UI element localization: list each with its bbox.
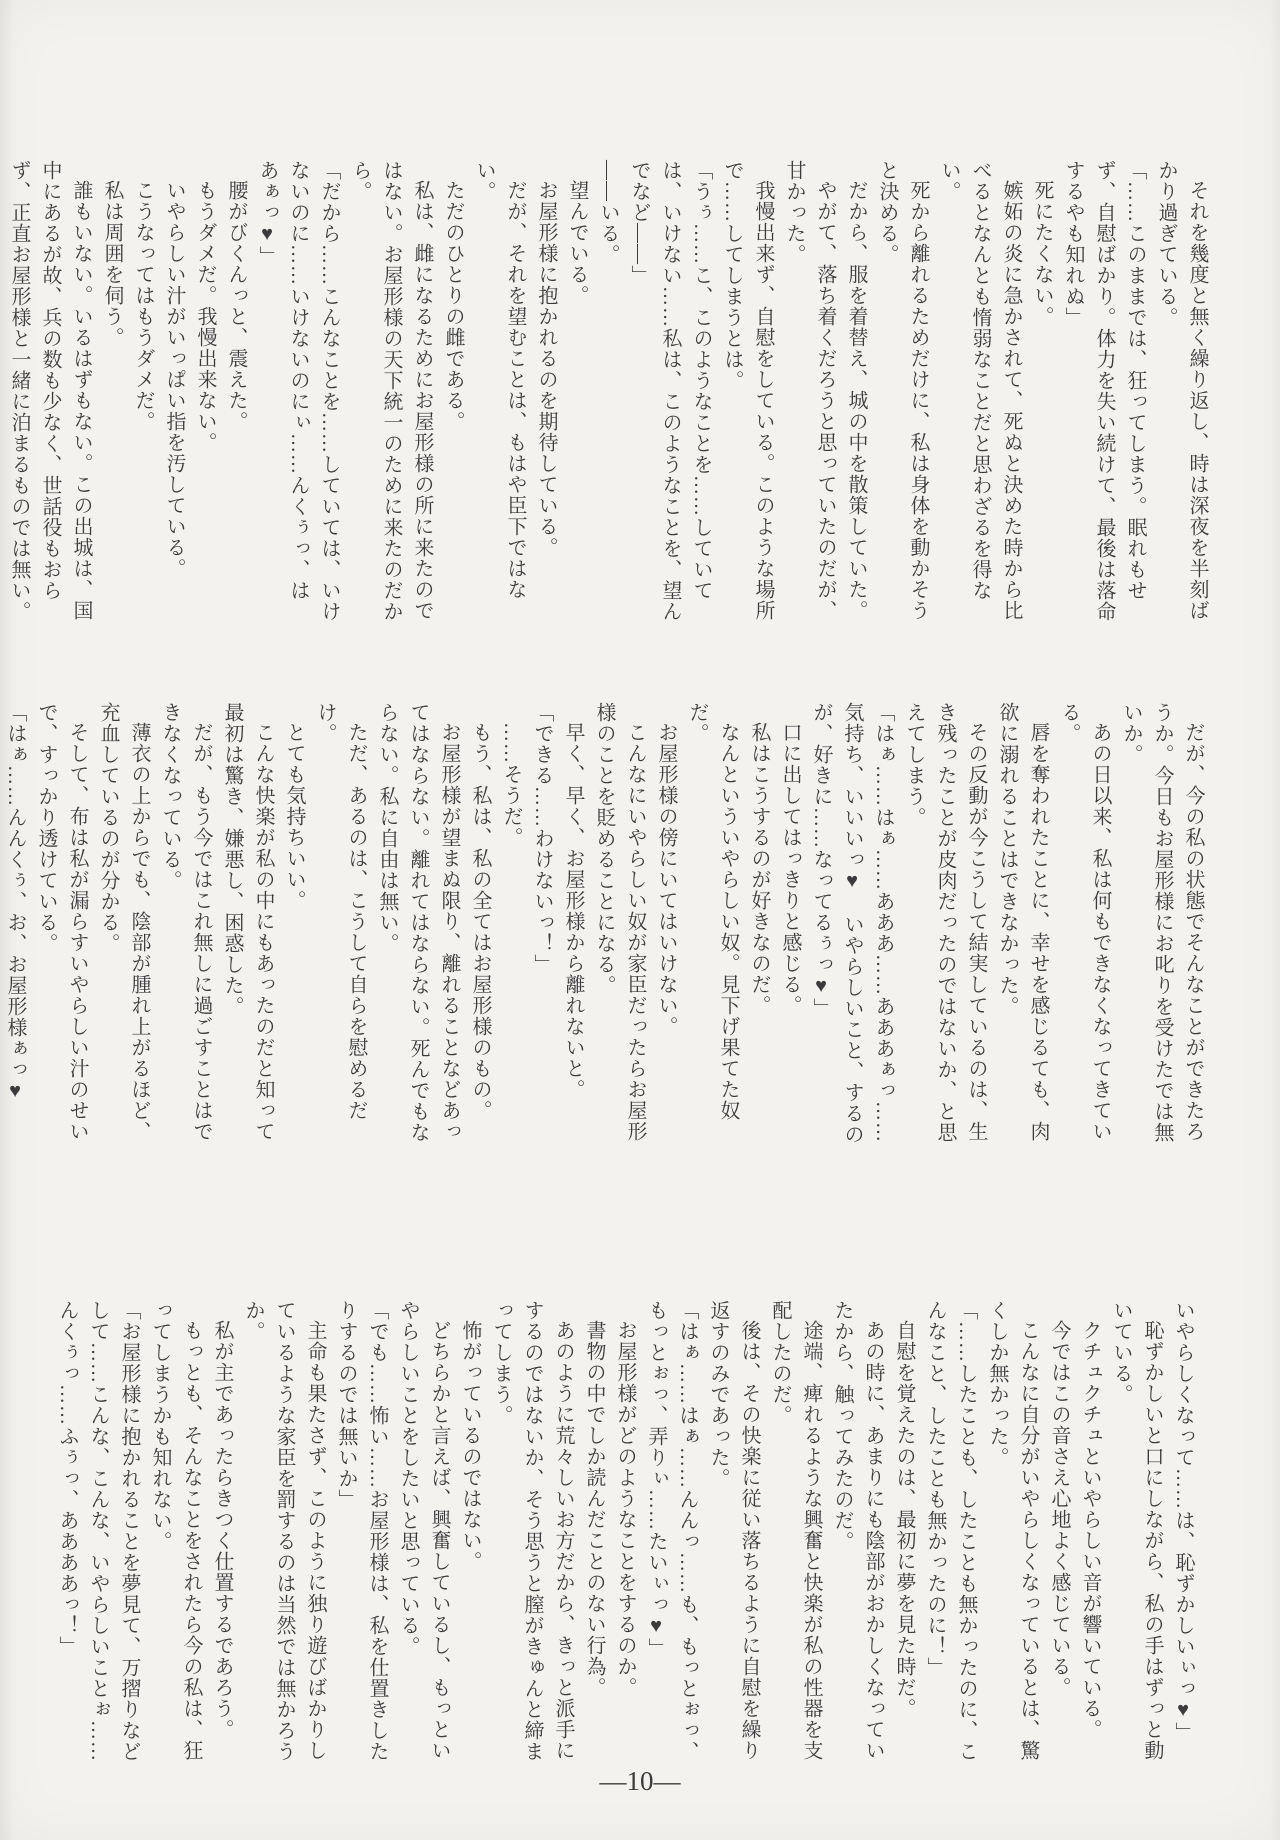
- paragraph: 「はぁ……んんくぅ、お、お屋形様ぁっ♥: [0, 702, 30, 1162]
- paragraph: 今ではこの音さえ心地よく感じている。: [1043, 1300, 1074, 1766]
- page-number: ―10―: [600, 1766, 681, 1797]
- paragraph: 「お屋形様に抱かれることを夢見て、万摺りなどして……こんな、こんな、いやらしいこ…: [51, 1300, 144, 1766]
- paragraph: ただのひとりの雌である。: [437, 160, 468, 628]
- paragraph: 死から離れるためだけに、私は身体を動かそうと決める。: [871, 160, 933, 628]
- paragraph: とても気持ちいい。: [278, 702, 309, 1162]
- paragraph: 口に出してはっきりと感じる。: [774, 702, 805, 1162]
- paragraph: もうダメだ。我慢出来ない。: [189, 160, 220, 628]
- paragraph: こんな快楽が私の中にもあったのだと知って最初は驚き、嫌悪し、困惑した。: [216, 702, 278, 1162]
- paragraph: どちらかと言えば、興奮しているし、もっといやらしいことをしたいと思っている。: [392, 1300, 454, 1766]
- paragraph: 誰もいない。いるはずもない。この出城は、国中にあるが故、兵の数も少なく、世話役も…: [3, 160, 96, 628]
- paragraph: 主命も果たさず、このように独り遊びばかりしているような家臣を罰するのは当然では無…: [237, 1300, 330, 1766]
- paragraph: お屋形様が望まぬ限り、離れることなどあってはならない。離れてはならない。死んでも…: [371, 702, 464, 1162]
- paragraph: もし、ここに泊まると分かっていれば、私が色々用意することもできただろうに。: [0, 160, 3, 628]
- paragraph: だから、服を着替え、城の中を散策していた。: [840, 160, 871, 628]
- paragraph: 薄衣の上からでも、陰部が腫れ上がるほど、充血しているのが分かる。: [92, 702, 154, 1162]
- paragraph: クチュクチュといやらしい音が響いている。: [1074, 1300, 1105, 1766]
- paragraph: 自慰を覚えたのは、最初に夢を見た時だ。: [888, 1300, 919, 1766]
- paragraph: あの日以来、私は何もできなくなってきている。: [1053, 702, 1115, 1162]
- paragraph: 後は、その快楽に従い落ちるように自慰を繰り返すのみであった。: [702, 1300, 764, 1766]
- paragraph: 私は周囲を伺う。: [96, 160, 127, 628]
- paragraph: 「できる……わけないっ！」: [526, 702, 557, 1162]
- paragraph: ただ、あるのは、こうして自らを慰めるだけ。: [309, 702, 371, 1162]
- scanned-novel-page: それを幾度と無く繰り返し、時は深夜を半刻ばかり過ぎている。「……このままでは、狂…: [0, 0, 1280, 1840]
- paragraph: 望んでいる。: [561, 160, 592, 628]
- text-band-middle: だが、今の私の状態でそんなことができたろうか。今日もお屋形様にお叱りを受けたでは…: [48, 702, 1208, 1162]
- paragraph: ――いる。: [592, 160, 623, 628]
- paragraph: お屋形様に抱かれるのを期待している。: [530, 160, 561, 628]
- paragraph: その反動が今こうして結実しているのは、生き残ったことが皮肉だったのではないか、と…: [898, 702, 991, 1162]
- paragraph: こんなに自分がいやらしくなっているとは、驚くしか無かった。: [981, 1300, 1043, 1766]
- paragraph: いやらしくなって……は、恥ずかしいぃっ♥」: [1167, 1300, 1198, 1766]
- paragraph: だが、それを望むことは、もはや臣下ではない。: [468, 160, 530, 628]
- paragraph: あの時に、あまりにも陰部がおかしくなっていたから、触ってみたのだ。: [826, 1300, 888, 1766]
- paragraph: 私は、雌になるためにお屋形様の所に来たのではない。お屋形様の天下統一のために来た…: [344, 160, 437, 628]
- text-band-top: それを幾度と無く繰り返し、時は深夜を半刻ばかり過ぎている。「……このままでは、狂…: [52, 160, 1212, 628]
- paragraph: 「でも……怖い……お屋形様は、私を仕置きしたりするのでは無いか」: [330, 1300, 392, 1766]
- paragraph: 唇を奪われたことに、幸せを感じるても、肉欲に溺れることはできなかった。: [991, 702, 1053, 1162]
- paragraph: だが、もう今ではこれ無しに過ごすことはできなくなっている。: [154, 702, 216, 1162]
- paragraph: お屋形様がどのようなことをするのか。: [609, 1300, 640, 1766]
- paragraph: ……そうだ。: [495, 702, 526, 1162]
- paragraph: 「……したことも、したことも無かったのに、こんなこと、したことも無かったのに！」: [919, 1300, 981, 1766]
- paragraph: 私はこうするのが好きなのだ。: [743, 702, 774, 1162]
- paragraph: 「はぁ……はぁ……あああ……あああぁっ……気持ち、いいいっ♥ いやらしいこと、す…: [805, 702, 898, 1162]
- paragraph: 我慢出来ず、自慰をしている。このような場所で……してしまうとは。: [716, 160, 778, 628]
- paragraph: 書物の中でしか読んだことのない行為。: [578, 1300, 609, 1766]
- paragraph: 恥ずかしいと口にしながら、私の手はずっと動いている。: [1105, 1300, 1167, 1766]
- paragraph: もっとも、そんなことをされたら今の私は、狂ってしまうかも知れない。: [144, 1300, 206, 1766]
- paragraph: 「うぅ……こ、このようなことを……していては、いけない……私は、このようなことを…: [623, 160, 716, 628]
- paragraph: 怖がっているのではない。: [454, 1300, 485, 1766]
- paragraph: 早く、早く、お屋形様から離れないと。: [557, 702, 588, 1162]
- paragraph: それを幾度と無く繰り返し、時は深夜を半刻ばかり過ぎている。: [1150, 160, 1212, 628]
- paragraph: だが、今の私の状態でそんなことができたろうか。今日もお屋形様にお叱りを受けたでは…: [1115, 702, 1208, 1162]
- paragraph: 死にたくない。: [1026, 160, 1057, 628]
- paragraph: 「……このままでは、狂ってしまう。眠れもせず、自慰ばかり。体力を失い続けて、最後…: [1057, 160, 1150, 628]
- paragraph: そして、布は私が漏らすいやらしい汁のせいで、すっかり透けている。: [30, 702, 92, 1162]
- paragraph: 「だから……こんなことを……していては、いけないのに……いけないのにぃ……んくぅ…: [282, 160, 344, 628]
- paragraph: やがて、落ち着くだろうと思っていたのだが、甘かった。: [778, 160, 840, 628]
- text-band-bottom: いやらしくなって……は、恥ずかしいぃっ♥」恥ずかしいと口にしながら、私の手はずっ…: [51, 1300, 1198, 1766]
- paragraph: いやらしい汁がいっぱい指を汚している。: [158, 160, 189, 628]
- paragraph: 腰がびくんっと、震えた。: [220, 160, 251, 628]
- paragraph: 私が主であったらきつく仕置するであろう。: [206, 1300, 237, 1766]
- paragraph: もう、私は、私の全てはお屋形様のもの。: [464, 702, 495, 1162]
- paragraph: あのように荒々しいお方だから、きっと派手にするのではないか、そう思うと膣がきゅん…: [485, 1300, 578, 1766]
- paragraph: あぁっ♥」: [251, 160, 282, 628]
- paragraph: お屋形様の傍にいてはいけない。: [650, 702, 681, 1162]
- paragraph: こんなにいやらしい奴が家臣だったらお屋形様のことを貶めることになる。: [588, 702, 650, 1162]
- paragraph: 「はぁ……はぁ……んんっ……も、もっとぉっ、もっとぉっ、弄りぃ……たいぃっ♥」: [640, 1300, 702, 1766]
- paragraph: 嫉妬の炎に急かされて、死ぬと決めた時から比べるとなんとも惰弱なことだと思わざるを…: [933, 160, 1026, 628]
- paragraph: こうなってはもうダメだ。: [127, 160, 158, 628]
- paragraph: なんといういやらしい奴。見下げ果てた奴だ。: [681, 702, 743, 1162]
- paragraph: 途端、痺れるような興奮と快楽が私の性器を支配したのだ。: [764, 1300, 826, 1766]
